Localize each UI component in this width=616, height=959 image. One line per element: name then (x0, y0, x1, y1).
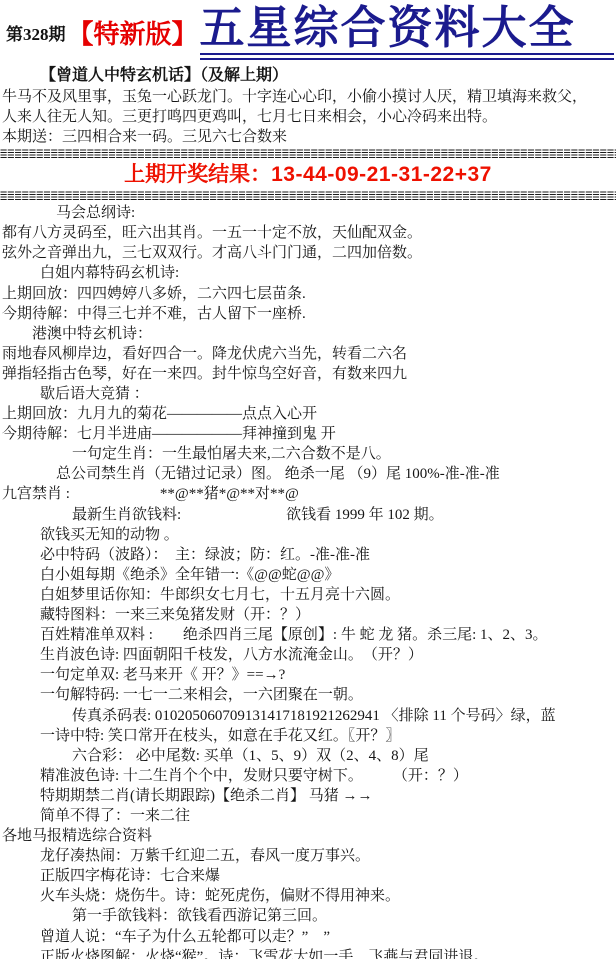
text-line: 曾道人说：“车子为什么五轮都可以走？” ” (0, 927, 616, 947)
text-line: 第一手欲钱料：欲钱看西游记第三回。 (0, 906, 616, 926)
text-line: 最新生肖欲钱料: 欲钱看 1999 年 102 期。 (0, 505, 616, 525)
text-line: 歇后语大竞猜 ： (0, 384, 616, 404)
last-draw-numbers: 13-44-09-21-31-22+37 (271, 163, 492, 186)
intro-lines: 牛马不及风里事，玉兔一心跃龙门。十字连心心印，小偷小摸讨人厌，精卫填海来救父，人… (0, 87, 616, 147)
text-line: 火车头烧：烧伤牛。诗：蛇死虎伤，偏财不得用神来。 (0, 886, 616, 906)
text-line: 上期回放：四四娉婷八多娇，二六四七层苗条. (0, 284, 616, 304)
text-line: 各地马报精选综合资料 (0, 826, 616, 846)
intro-heading: 【曾道人中特玄机话】（及解上期） (0, 65, 616, 87)
text-line: 一句定单双: 老马来开《 开？》==→? (0, 665, 616, 685)
edition-tag: 【特新版】 (68, 14, 198, 51)
body-lines: 马会总纲诗:都有八方灵码至，旺六出其肖。一五一十定不放，天仙配双金。弦外之音弹出… (0, 203, 616, 959)
text-line: 正版火烧图解：火烧“猴”。诗：飞雪花大如一手，飞燕与君同进退。 (0, 947, 616, 959)
text-line: 白姐内幕特码玄机诗: (0, 263, 616, 283)
text-line: 一句解特码: 一七一二来相会，一六团聚在一朝。 (0, 685, 616, 705)
intro-line: 本期送：三四相合来一码。三见六七合数来 (0, 127, 616, 147)
divider-top: ========================================… (0, 149, 616, 159)
text-line: 白小姐每期《绝杀》全年错一:《@@蛇@@》 (0, 565, 616, 585)
tip-sheet-page: 第328期 【特新版】 五星综合资料大全 【曾道人中特玄机话】（及解上期） 牛马… (0, 0, 616, 959)
title-wrap: 五星综合资料大全 (200, 6, 614, 60)
divider-row: ========================================… (0, 196, 616, 201)
text-line: 上期回放：九月九的菊花—————点点入心开 (0, 404, 616, 424)
text-line: 特期期禁二肖(请长期跟踪)【绝杀二肖】 马猪 →→ (0, 786, 616, 806)
text-line: 百姓精准单双料 : 绝杀四肖三尾【原创】: 牛 蛇 龙 猪。杀三尾: 1、2、3… (0, 625, 616, 645)
divider-bottom: ========================================… (0, 191, 616, 201)
text-line: 九宫禁肖 : **@**猪*@**对**@ (0, 484, 616, 504)
issue-number: 第328期 (6, 20, 66, 45)
text-line: 马会总纲诗: (0, 203, 616, 223)
header: 第328期 【特新版】 五星综合资料大全 (0, 0, 616, 60)
text-line: 今期待解：中得三七并不难，古人留下一座桥. (0, 304, 616, 324)
text-line: 六合彩： 必中尾数: 买单（1、5、9）双（2、4、8）尾 (0, 746, 616, 766)
text-line: 雨地春风柳岸边，看好四合一。降龙伏虎六当先，转看二六名 (0, 344, 616, 364)
text-line: 龙仔凑热闹：万紫千红迎二五，春风一度万事兴。 (0, 846, 616, 866)
text-line: 港澳中特玄机诗： (0, 324, 616, 344)
text-line: 传真杀码表: 010205060709131417181921262941 〈排… (0, 706, 616, 726)
last-draw-label: 上期开奖结果： (124, 163, 271, 186)
last-draw-result: 上期开奖结果：13-44-09-21-31-22+37 (0, 161, 616, 189)
intro-line: 牛马不及风里事，玉兔一心跃龙门。十字连心心印，小偷小摸讨人厌，精卫填海来救父， (0, 87, 616, 107)
text-line: 简单不得了：一来二往 (0, 806, 616, 826)
text-line: 总公司禁生肖（无错过记录）图。 绝杀一尾 （9）尾 100%-准-准-准 (0, 464, 616, 484)
text-line: 一句定生肖：一生最怕屠夫来,二六合数不是八。 (0, 444, 616, 464)
text-line: 一诗中特: 笑口常开在枝头，如意在手花又红。〖开？〗 (0, 726, 616, 746)
text-line: 今期待解：七月半进庙——————拜神撞到鬼 开 (0, 424, 616, 444)
text-line: 欲钱买无知的动物 。 (0, 525, 616, 545)
text-line: 白姐梦里话你知：牛郎织女七月七，十五月亮十六圆。 (0, 585, 616, 605)
text-line: 都有八方灵码至，旺六出其肖。一五一十定不放，天仙配双金。 (0, 223, 616, 243)
text-line: 必中特码（波路）： 主：绿波；防：红。-准-准-准 (0, 545, 616, 565)
text-line: 弹指轻指古色琴，好在一来四。封牛惊鸟空好音，有数来四九 (0, 364, 616, 384)
divider-row: ========================================… (0, 154, 616, 159)
intro-line: 人来人往无人知。三更打鸣四更鸡叫，七月七日来相会，小心冷码来出特。 (0, 107, 616, 127)
text-line: 生肖波色诗: 四面朝阳千枝发，八方水流淹金山。 （开？） (0, 645, 616, 665)
text-line: 正版四字梅花诗：七合来爆 (0, 866, 616, 886)
page-title: 五星综合资料大全 (200, 6, 614, 60)
text-line: 藏特图料：一来三来兔猪发财（开：？） (0, 605, 616, 625)
text-line: 弦外之音弹出九，三七双双行。才高八斗门门通，二四加倍数。 (0, 243, 616, 263)
text-line: 精准波色诗: 十二生肖个个中，发财只要守树下。 （开：？） (0, 766, 616, 786)
intro-section: 【曾道人中特玄机话】（及解上期） 牛马不及风里事，玉兔一心跃龙门。十字连心心印，… (0, 65, 616, 147)
